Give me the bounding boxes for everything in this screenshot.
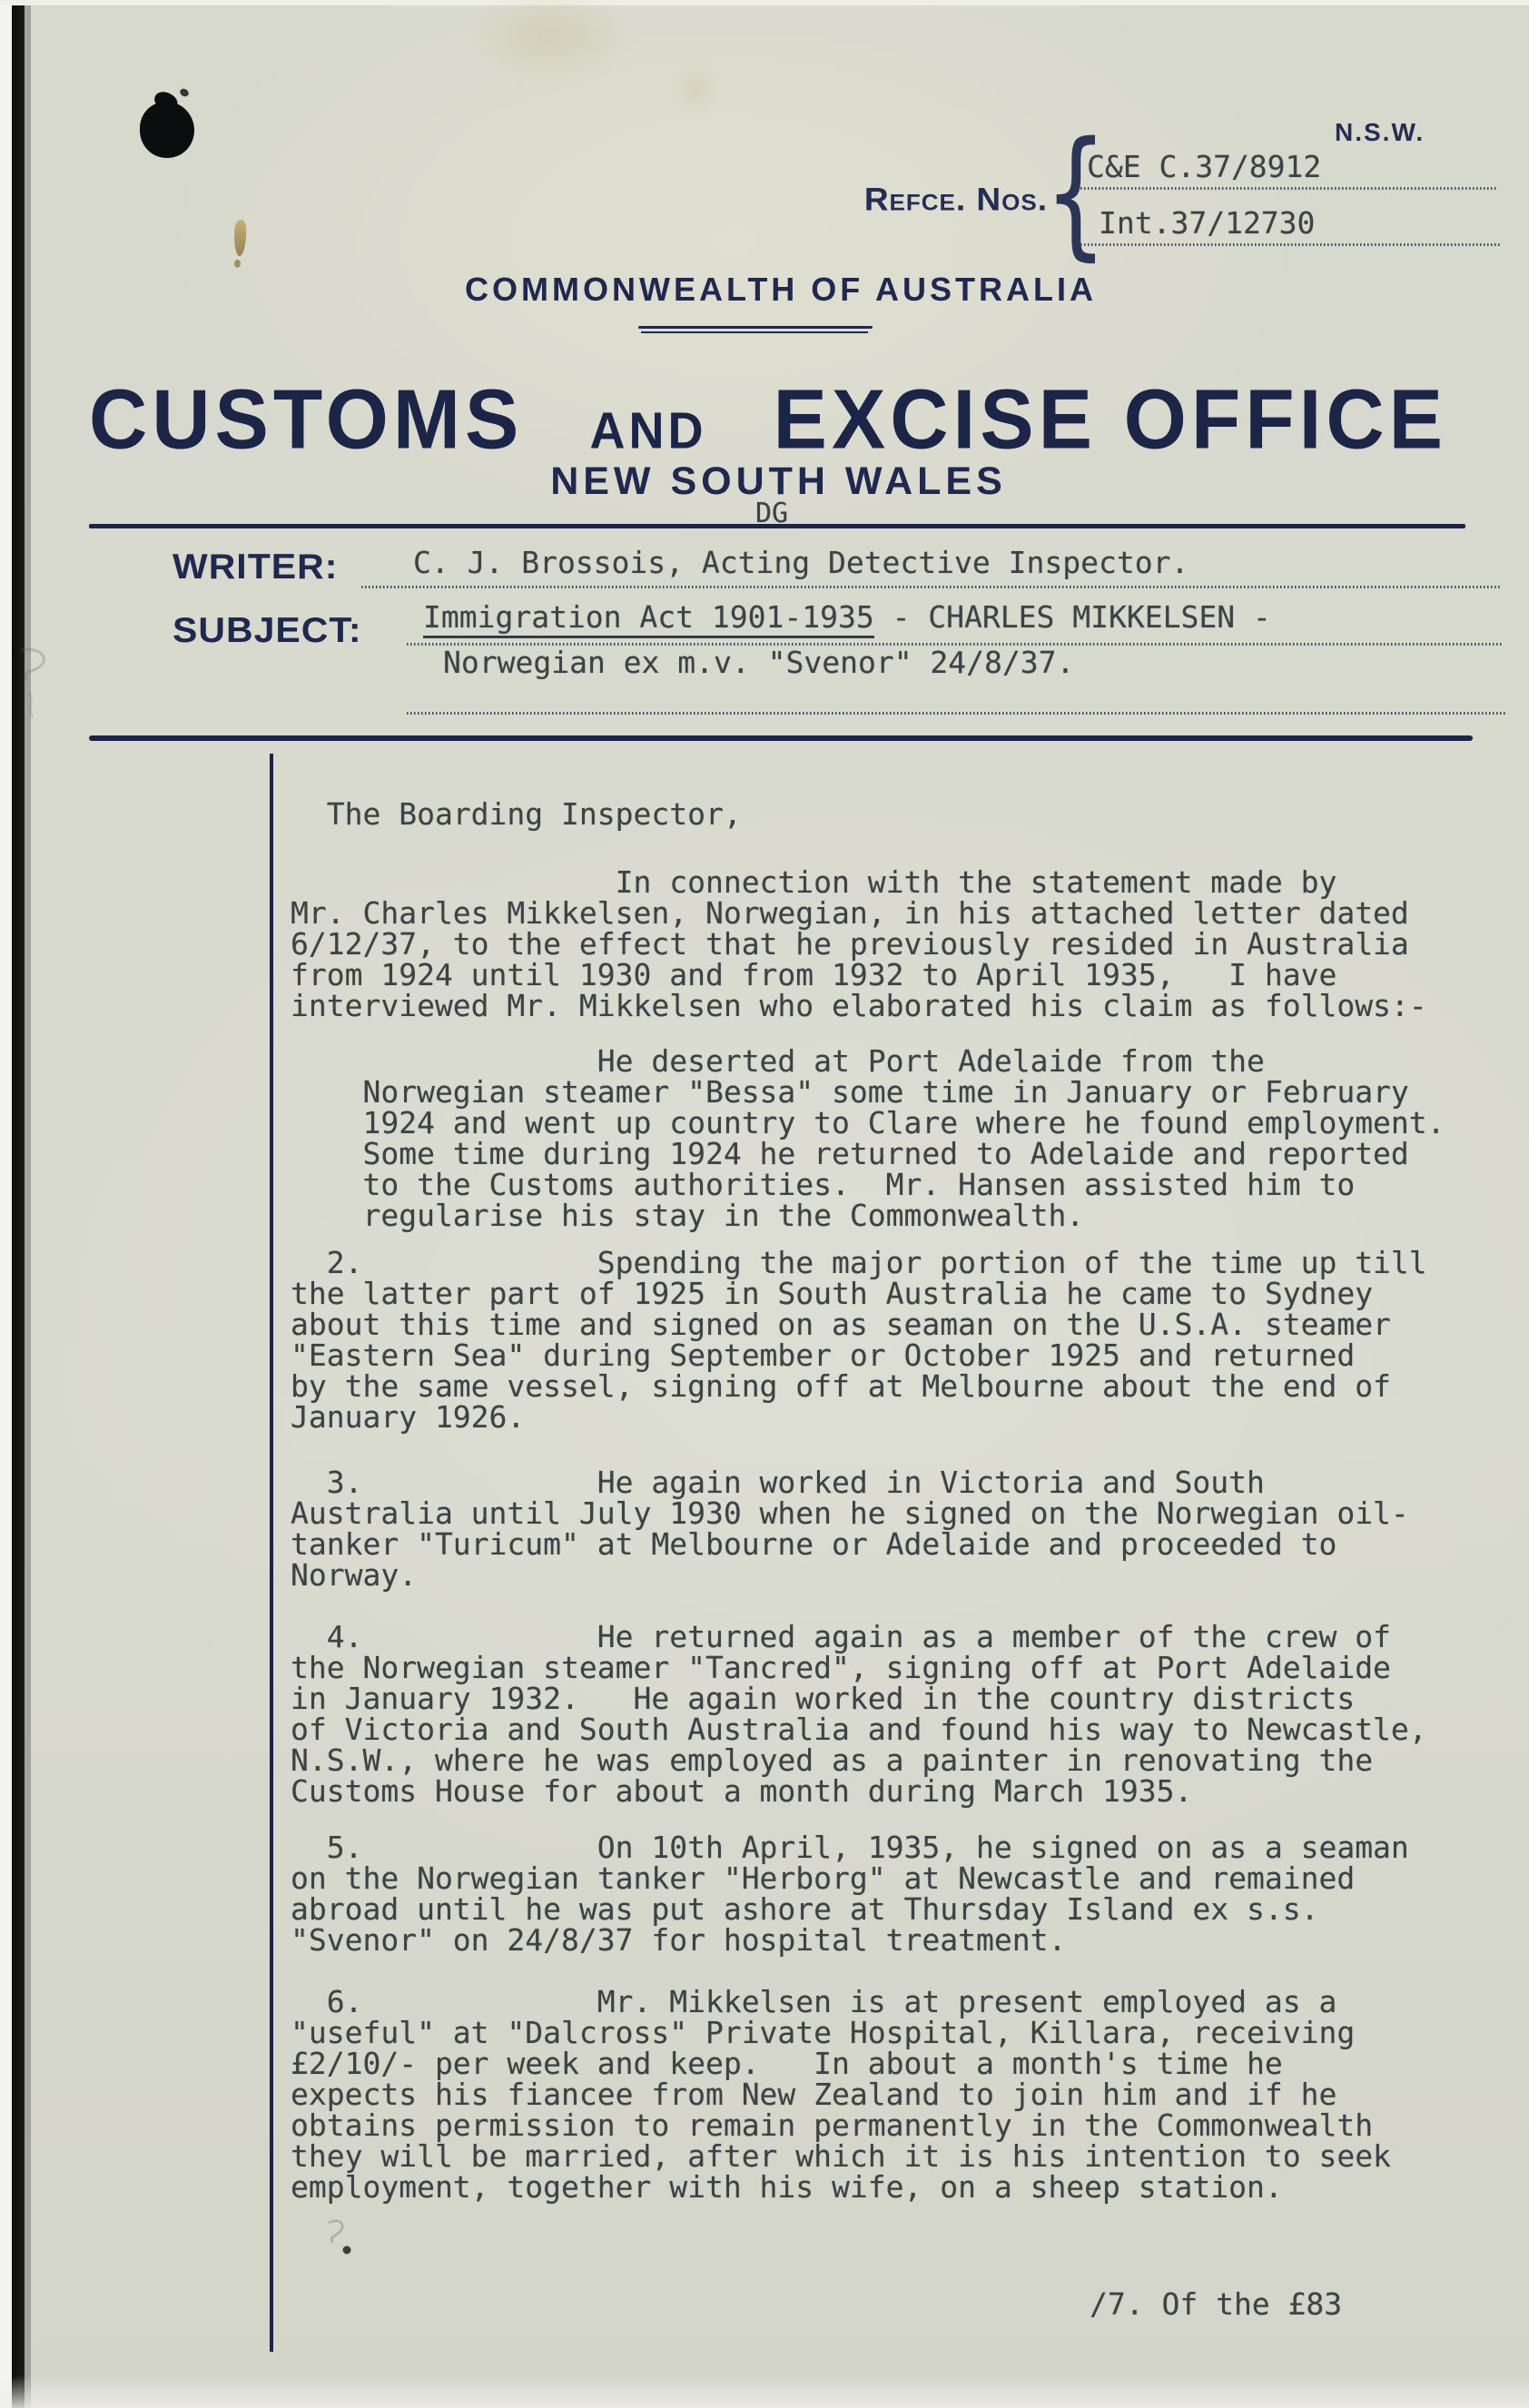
office-title-and: AND [589, 401, 706, 459]
scan-edge-white [0, 0, 12, 2408]
subject-line-2: Norwegian ex m.v. "Svenor" 24/8/37. [443, 645, 1074, 680]
heading-underline-2 [641, 331, 868, 333]
ink-blot [140, 102, 194, 158]
writer-value: C. J. Brossois, Acting Detective Inspect… [413, 545, 1189, 580]
office-title: CUSTOMS AND EXCISE OFFICE [89, 370, 1447, 468]
margin-vertical-rule [270, 754, 273, 2352]
scan-edge-bottom [0, 2375, 1529, 2408]
office-title-excise: EXCISE OFFICE [774, 370, 1448, 468]
pencil-mark [320, 2214, 374, 2268]
paragraph-3: 3. He again worked in Victoria and South… [291, 1467, 1409, 1591]
paper-stain-small [674, 65, 717, 113]
paragraph-2: 2. Spending the major portion of the tim… [291, 1248, 1427, 1433]
subject-rest: - CHARLES MIKKELSEN - [874, 599, 1271, 635]
letterhead-rule [89, 524, 1465, 528]
commonwealth-heading: COMMONWEALTH OF AUSTRALIA [413, 271, 1149, 309]
brace-glyph: { [1044, 123, 1108, 262]
scanned-letter-page: N.S.W. Refce. Nos. { C&E C.37/8912 Int.3… [0, 0, 1529, 2408]
paragraph-intro: In connection with the statement made by… [291, 867, 1427, 1021]
ref-number-ce: C&E C.37/8912 [1087, 149, 1321, 184]
binding-edge [12, 0, 25, 2408]
body-top-rule [89, 735, 1473, 741]
paragraph-6: 6. Mr. Mikkelsen is at present employed … [291, 1987, 1391, 2203]
addressee: The Boarding Inspector, [291, 799, 742, 830]
continuation-note: /7. Of the £83 [1090, 2286, 1342, 2322]
writer-label: WRITER: [173, 547, 338, 587]
paper-stain [468, 0, 631, 82]
paragraph-5: 5. On 10th April, 1935, he signed on as … [291, 1832, 1409, 1956]
office-title-customs: CUSTOMS [89, 370, 523, 468]
ref-dotted-line-2 [1080, 243, 1500, 246]
ref-dotted-line-1 [1080, 187, 1496, 190]
refce-nos-label: Refce. Nos. [792, 182, 1048, 218]
paragraph-1: He deserted at Port Adelaide from the No… [291, 1046, 1445, 1231]
paragraph-4: 4. He returned again as a member of the … [291, 1622, 1427, 1807]
subject-act-underlined: Immigration Act 1901-1935 [423, 599, 874, 638]
subject-line-1: Immigration Act 1901-1935 - CHARLES MIKK… [423, 599, 1271, 635]
rust-stain [233, 220, 246, 256]
scan-edge-top [0, 0, 1529, 5]
subject-label: SUBJECT: [173, 610, 361, 651]
page-edge-shadow [25, 0, 31, 2408]
state-abbrev: N.S.W. [1335, 118, 1425, 147]
heading-underline [638, 326, 873, 329]
ref-number-int: Int.37/12730 [1099, 205, 1315, 241]
writer-dotted-line [361, 586, 1502, 588]
pencil-smudge [15, 645, 69, 726]
subject-dotted-line-2 [407, 712, 1507, 715]
